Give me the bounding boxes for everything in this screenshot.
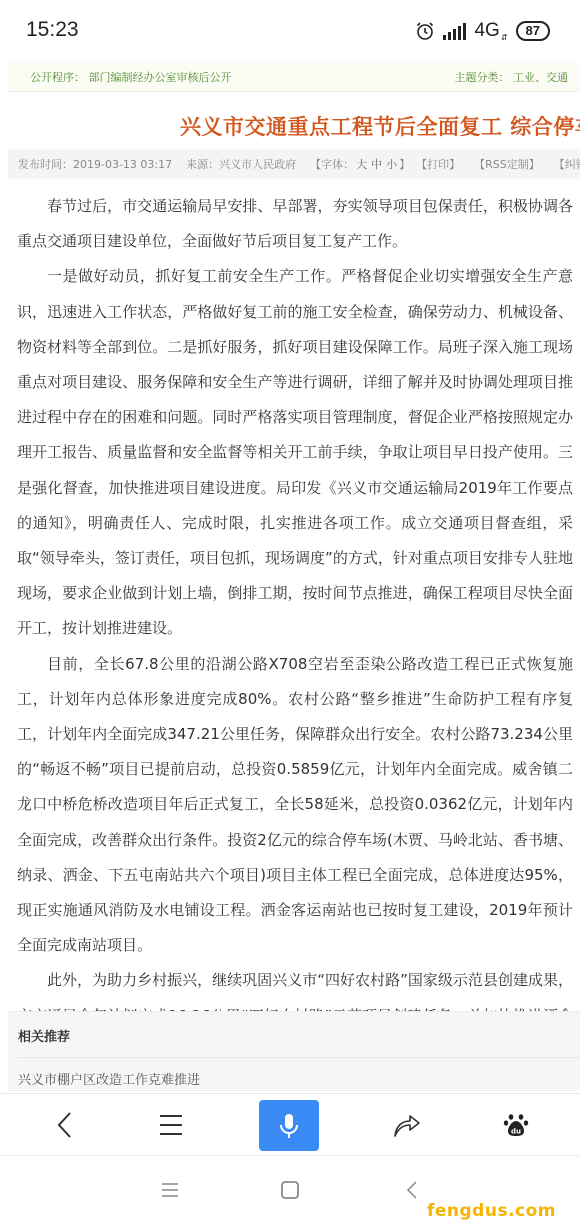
recents-icon xyxy=(161,1182,179,1198)
menu-button[interactable] xyxy=(141,1094,201,1156)
print-link[interactable]: 【打印】 xyxy=(416,156,460,172)
article-paragraph: 目前，全长67.8公里的沿湖公路X708空岩至歪染公路改造工程已正式恢复施工，计… xyxy=(17,647,573,964)
article-body: 春节过后，市交通运输局早安排、早部署，夯实领导项目包保责任，积极协调各重点交通项… xyxy=(17,189,573,1069)
hamburger-icon xyxy=(159,1113,183,1137)
article-meta: 发布时间：2019-03-13 03:17 来源：兴义市人民政府 【字体：大中小… xyxy=(8,149,580,179)
topic-category: 主题分类： 工业、交通 xyxy=(455,69,569,85)
article-paragraph: 春节过后，市交通运输局早安排、早部署，夯实领导项目包保责任，积极协调各重点交通项… xyxy=(17,189,573,259)
rss-link[interactable]: 【RSS定制】 xyxy=(474,156,540,172)
publish-time: 发布时间：2019-03-13 03:17 xyxy=(18,156,172,172)
related-header: 相关推荐 xyxy=(18,1026,70,1045)
article-paragraph: 一是做好动员，抓好复工前安全生产工作。严格督促企业切实增强安全生产意识，迅速进入… xyxy=(17,259,573,646)
home-square-icon xyxy=(281,1181,299,1199)
font-small-link[interactable]: 小 xyxy=(386,158,397,171)
chevron-left-icon xyxy=(55,1110,75,1140)
share-icon xyxy=(393,1112,421,1138)
microphone-icon xyxy=(278,1112,300,1140)
related-link[interactable]: 兴义市棚户区改造工作克难推进 xyxy=(18,1069,200,1088)
baidu-home-button[interactable]: du xyxy=(486,1094,546,1156)
baidu-paw-icon: du xyxy=(503,1112,529,1138)
share-button[interactable] xyxy=(377,1094,437,1156)
recent-apps-button[interactable] xyxy=(150,1175,190,1205)
signal-icon xyxy=(443,22,466,40)
watermark: fengdus.com xyxy=(427,1201,556,1221)
article-source: 来源：兴义市人民政府 xyxy=(186,156,296,172)
svg-text:du: du xyxy=(511,1128,521,1136)
font-large-link[interactable]: 大 xyxy=(356,158,367,171)
voice-search-button[interactable] xyxy=(259,1100,319,1151)
clock: 15:23 xyxy=(26,18,79,42)
correction-link[interactable]: 【纠错】 xyxy=(554,156,580,172)
divider xyxy=(18,1057,580,1058)
network-indicator: 4G⇵ xyxy=(474,20,507,42)
alarm-icon xyxy=(415,21,435,41)
font-size-control: 【字体：大中小】 xyxy=(310,156,410,172)
status-bar: 15:23 4G⇵ 87 xyxy=(0,0,580,62)
article-title: 兴义市交通重点工程节后全面复工 综合停车场总体进度达95% xyxy=(180,111,580,141)
battery-indicator: 87 xyxy=(516,21,550,41)
back-chevron-icon xyxy=(406,1180,418,1200)
related-section: 相关推荐 兴义市棚户区改造工作克难推进 xyxy=(8,1011,580,1091)
font-medium-link[interactable]: 中 xyxy=(371,158,382,171)
home-button[interactable] xyxy=(270,1175,310,1205)
browser-toolbar: du xyxy=(0,1093,580,1156)
disclosure-procedure: 公开程序： 部门编制经办公室审核后公开 xyxy=(30,69,232,85)
disclosure-band: 公开程序： 部门编制经办公室审核后公开 主题分类： 工业、交通 xyxy=(8,62,580,92)
back-button[interactable] xyxy=(35,1094,95,1156)
